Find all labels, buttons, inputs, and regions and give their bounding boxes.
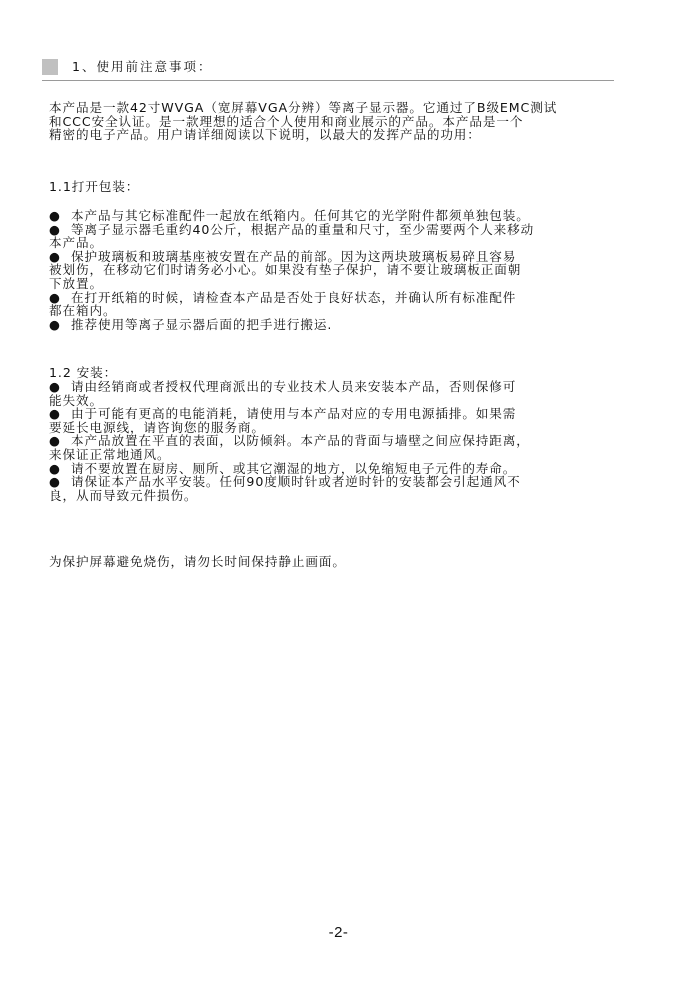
- list-item-text: 来保证正常地通风。: [49, 448, 649, 462]
- list-item-text: 等离子显示器毛重约40公斤，根据产品的重量和尺寸，至少需要两个人来移动: [71, 222, 534, 237]
- list-item: ●请保证本产品水平安装。任何90度顺时针或者逆时针的安装都会引起通风不 良，从而…: [49, 475, 649, 502]
- bullet-icon: ●: [49, 318, 71, 332]
- list-item-text: 下放置。: [49, 277, 649, 291]
- list-item: ●本产品放置在平直的表面，以防倾斜。本产品的背面与墙壁之间应保持距离， 来保证正…: [49, 434, 649, 461]
- bullet-icon: ●: [49, 434, 71, 448]
- list-item-text: 能失效。: [49, 394, 649, 408]
- bullet-icon: ●: [49, 380, 71, 394]
- list-item-text: 由于可能有更高的电能消耗，请使用与本产品对应的专用电源插排。如果需: [71, 406, 516, 421]
- list-item: ●保护玻璃板和玻璃基座被安置在产品的前部。因为这两块玻璃板易碎且容易 被划伤，在…: [49, 250, 649, 291]
- list-item: ●在打开纸箱的时候，请检查本产品是否处于良好状态，并确认所有标准配件 都在箱内。: [49, 291, 649, 318]
- intro-paragraph: 本产品是一款42寸WVGA（宽屏幕VGA分辨）等离子显示器。它通过了B级EMC测…: [49, 101, 649, 142]
- list-item: ●等离子显示器毛重约40公斤，根据产品的重量和尺寸，至少需要两个人来移动 本产品…: [49, 223, 649, 250]
- list-item-text: 被划伤，在移动它们时请务必小心。如果没有垫子保护，请不要让玻璃板正面朝: [49, 263, 649, 277]
- bullet-icon: ●: [49, 250, 71, 264]
- installation-list: ●请由经销商或者授权代理商派出的专业技术人员来安装本产品，否则保修可 能失效。 …: [49, 380, 649, 502]
- bullet-icon: ●: [49, 462, 71, 476]
- section-title: 1、使用前注意事项：: [72, 58, 212, 76]
- list-item-text: 请由经销商或者授权代理商派出的专业技术人员来安装本产品，否则保修可: [71, 379, 516, 394]
- list-item-text: 都在箱内。: [49, 304, 649, 318]
- bullet-icon: ●: [49, 223, 71, 237]
- installation-heading: 1.2 安装：: [49, 366, 649, 380]
- intro-line: 和CCC安全认证。是一款理想的适合个人使用和商业展示的产品。本产品是一个: [49, 115, 649, 129]
- section-header: 1、使用前注意事项：: [42, 58, 614, 81]
- list-item: ●由于可能有更高的电能消耗，请使用与本产品对应的专用电源插排。如果需 要延长电源…: [49, 407, 649, 434]
- list-item-text: 推荐使用等离子显示器后面的把手进行搬运.: [71, 317, 332, 332]
- list-item-text: 请保证本产品水平安装。任何90度顺时针或者逆时针的安装都会引起通风不: [71, 474, 521, 489]
- list-item: ●推荐使用等离子显示器后面的把手进行搬运.: [49, 318, 649, 332]
- list-item: ●请由经销商或者授权代理商派出的专业技术人员来安装本产品，否则保修可 能失效。: [49, 380, 649, 407]
- closing-note: 为保护屏幕避免烧伤，请勿长时间保持静止画面。: [49, 555, 649, 569]
- list-item-text: 本产品。: [49, 236, 649, 250]
- list-item-text: 在打开纸箱的时候，请检查本产品是否处于良好状态，并确认所有标准配件: [71, 290, 516, 305]
- unpacking-heading: 1.1打开包装：: [49, 180, 649, 194]
- list-item: ●请不要放置在厨房、厕所、或其它潮湿的地方，以免缩短电子元件的寿命。: [49, 462, 649, 476]
- bullet-icon: ●: [49, 407, 71, 421]
- bullet-icon: ●: [49, 209, 71, 223]
- unpacking-list: ●本产品与其它标准配件一起放在纸箱内。任何其它的光学附件都须单独包装。 ●等离子…: [49, 209, 649, 331]
- intro-line: 本产品是一款42寸WVGA（宽屏幕VGA分辨）等离子显示器。它通过了B级EMC测…: [49, 101, 649, 115]
- bullet-icon: ●: [49, 475, 71, 489]
- list-item: ●本产品与其它标准配件一起放在纸箱内。任何其它的光学附件都须单独包装。: [49, 209, 649, 223]
- section-marker-square: [42, 59, 58, 75]
- page-number: -2-: [0, 924, 677, 941]
- intro-line: 精密的电子产品。用户请详细阅读以下说明，以最大的发挥产品的功用：: [49, 128, 649, 142]
- bullet-icon: ●: [49, 291, 71, 305]
- list-item-text: 良，从而导致元件损伤。: [49, 489, 649, 503]
- list-item-text: 要延长电源线，请咨询您的服务商。: [49, 421, 649, 435]
